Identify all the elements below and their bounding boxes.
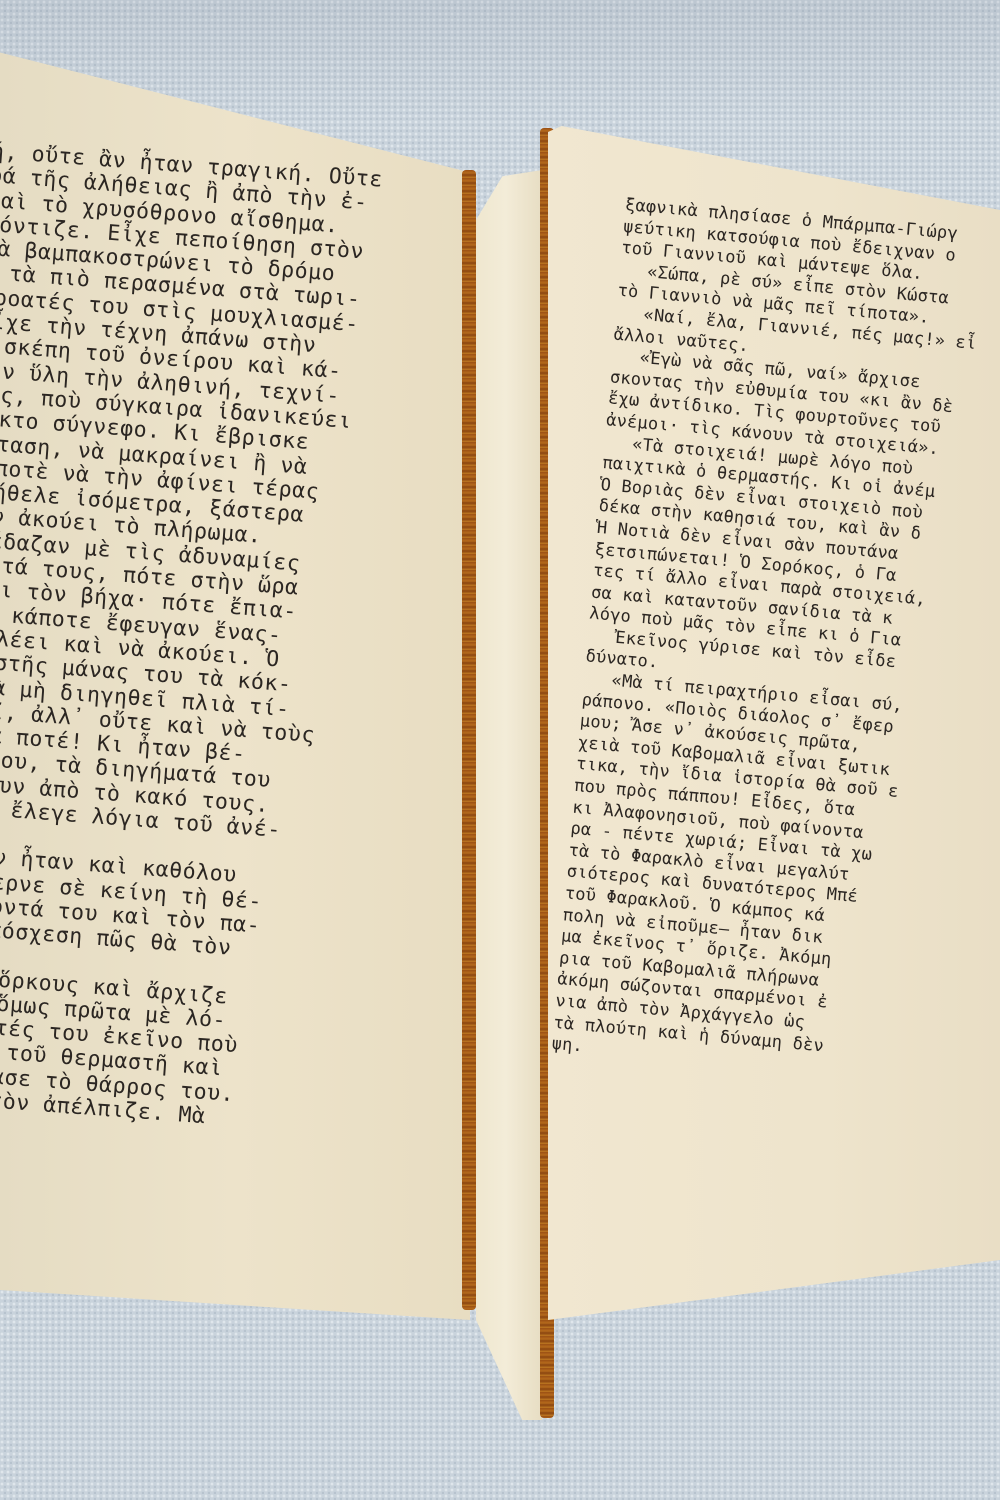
right-page-text: ξαφνικὰ πλησίασε ὁ Μπάρμπα-Γιώργψεύτικη … [551, 195, 987, 1087]
left-page: ή, οὔτε ἂν ἦταν τραγική. Οὔτερά τῆς ἀλήθ… [0, 0, 470, 1500]
right-page: ξαφνικὰ πλησίασε ὁ Μπάρμπα-Γιώργψεύτικη … [548, 0, 1000, 1500]
left-page-text: ή, οὔτε ἂν ἦταν τραγική. Οὔτερά τῆς ἀλήθ… [0, 140, 384, 1137]
book-spine [476, 170, 542, 1420]
left-page-edge [462, 170, 476, 1310]
